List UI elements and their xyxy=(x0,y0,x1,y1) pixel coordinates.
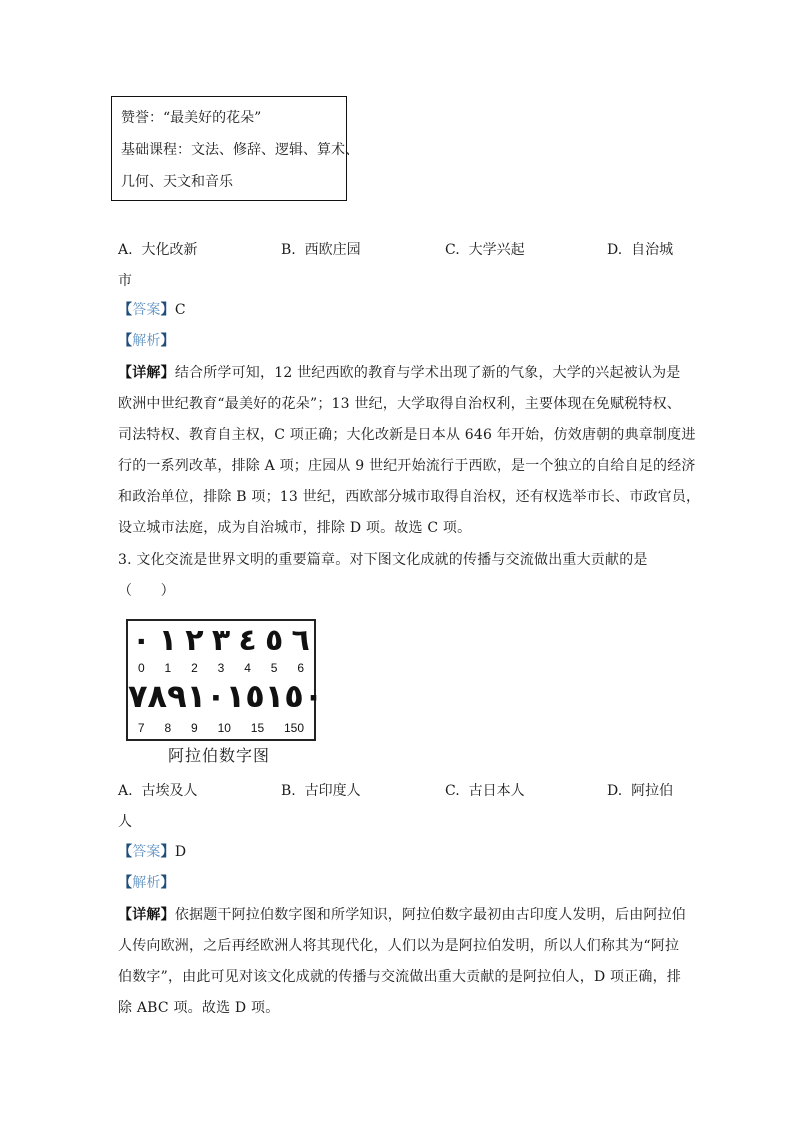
arabic-digit-glyph: ١٥ xyxy=(226,677,265,717)
q3-analysis-heading: 【解析】 xyxy=(118,873,175,893)
q2-option-d[interactable]: D. 自治城 xyxy=(607,239,673,259)
western-digit: 7 xyxy=(138,721,145,735)
bracket-open: 【 xyxy=(118,333,132,349)
arabic-digit-glyph: ٤ xyxy=(238,623,256,659)
q3-answer: 【答案】D xyxy=(118,842,186,862)
q3-blank: （ ） xyxy=(118,581,175,601)
arabic-digit-glyph: ٨ xyxy=(148,677,168,717)
bracket-close: 】 xyxy=(161,875,175,891)
detail-tag: 【详解】 xyxy=(118,907,175,923)
glyph-row-1: ٠ ١ ٢ ٣ ٤ ٥ ٦ xyxy=(128,623,314,659)
detail-line: 设立城市法庭，成为自治城市，排除 D 项。故选 C 项。 xyxy=(118,518,471,538)
arabic-digit-glyph: ٢ xyxy=(185,623,203,659)
detail-line: 行的一系列改革，排除 A 项；庄园从 9 世纪开始流行于西欧，是一个独立的自给自… xyxy=(118,456,696,476)
detail-line: 【详解】依据题干阿拉伯数字图和所学知识，阿拉伯数字最初由古印度人发明，后由阿拉伯 xyxy=(118,905,686,925)
detail-line: 司法特权、教育自主权，C 项正确；大化改新是日本从 646 年开始，仿效唐朝的典… xyxy=(118,425,696,445)
arabic-digit-glyph: ٠ xyxy=(132,623,150,659)
option-text: 西欧庄园 xyxy=(305,242,361,258)
q3-stem: 3. 文化交流是世界文明的重要篇章。对下图文化成就的传播与交流做出重大贡献的是 xyxy=(118,550,648,570)
option-text: 阿拉伯 xyxy=(631,783,673,799)
q3-option-d[interactable]: D. 阿拉伯 xyxy=(607,780,673,800)
western-digit: 4 xyxy=(244,661,251,675)
option-label: A. xyxy=(118,242,133,258)
western-digit: 0 xyxy=(138,661,145,675)
q3-option-b[interactable]: B. 古印度人 xyxy=(281,780,361,800)
detail-text: 依据题干阿拉伯数字图和所学知识，阿拉伯数字最初由古印度人发明，后由阿拉伯 xyxy=(175,907,686,923)
q2-answer: 【答案】C xyxy=(118,300,186,320)
arabic-digit-glyph: ١٠ xyxy=(187,677,226,717)
number-row-2: 7 8 9 10 15 150 xyxy=(128,721,314,735)
bracket-close: 】 xyxy=(161,333,175,349)
detail-tag: 【详解】 xyxy=(118,365,175,381)
western-digit: 10 xyxy=(218,721,231,735)
western-digit: 1 xyxy=(165,661,172,675)
q2-option-d-wrap: 市 xyxy=(118,270,132,290)
answer-label: 答案 xyxy=(132,302,160,318)
detail-line: 伯数字”，由此可见对该文化成就的传播与交流做出重大贡献的是阿拉伯人，D 项正确，… xyxy=(118,967,681,987)
option-text: 古印度人 xyxy=(305,783,361,799)
q2-option-a[interactable]: A. 大化改新 xyxy=(118,239,197,259)
analysis-label: 解析 xyxy=(132,875,160,891)
western-digit: 15 xyxy=(251,721,264,735)
option-text: 古埃及人 xyxy=(141,783,197,799)
option-label: B. xyxy=(281,242,296,258)
option-label: A. xyxy=(118,783,133,799)
glyph-row-2: ٧ ٨ ٩ ١٠ ١٥ ١٥٠ xyxy=(128,677,314,717)
q2-analysis-heading: 【解析】 xyxy=(118,331,175,351)
arabic-digit-glyph: ٦ xyxy=(292,623,310,659)
quote-line-courses-cont: 几何、天文和音乐 xyxy=(121,171,233,191)
western-digit: 6 xyxy=(297,661,304,675)
q3-option-c[interactable]: C. 古日本人 xyxy=(445,780,525,800)
arabic-numerals-figure: ٠ ١ ٢ ٣ ٤ ٥ ٦ 0 1 2 3 4 5 6 ٧ ٨ ٩ ١٠ ١٥ … xyxy=(126,619,316,741)
answer-label: 答案 xyxy=(132,844,160,860)
option-text: 大学兴起 xyxy=(469,242,525,258)
bracket-open: 【 xyxy=(118,875,132,891)
quote-line-praise: 赞誉：“最美好的花朵” xyxy=(121,107,261,127)
arabic-digit-glyph: ٧ xyxy=(128,677,148,717)
number-row-1: 0 1 2 3 4 5 6 xyxy=(128,661,314,675)
arabic-digit-glyph: ٩ xyxy=(167,677,187,717)
detail-line: 欧洲中世纪教育“最美好的花朵”；13 世纪，大学取得自治权利，主要体现在免赋税特… xyxy=(118,394,681,414)
q3-option-d-wrap: 人 xyxy=(118,811,132,831)
detail-text: 结合所学可知，12 世纪西欧的教育与学术出现了新的气象，大学的兴起被认为是 xyxy=(175,365,681,381)
bracket-open: 【 xyxy=(118,844,132,860)
q3-option-a[interactable]: A. 古埃及人 xyxy=(118,780,197,800)
option-text: 古日本人 xyxy=(469,783,525,799)
option-label: B. xyxy=(281,783,296,799)
western-digit: 3 xyxy=(218,661,225,675)
answer-value: D xyxy=(175,844,186,860)
quote-box: 赞誉：“最美好的花朵” 基础课程：文法、修辞、逻辑、算术、 几何、天文和音乐 xyxy=(111,96,347,201)
option-label: D. xyxy=(607,783,622,799)
bracket-open: 【 xyxy=(118,302,132,318)
option-text: 自治城 xyxy=(631,242,673,258)
option-label: D. xyxy=(607,242,622,258)
western-digit: 9 xyxy=(191,721,198,735)
western-digit: 150 xyxy=(284,721,304,735)
arabic-digit-glyph: ٣ xyxy=(212,623,230,659)
answer-value: C xyxy=(175,302,186,318)
bracket-close: 】 xyxy=(161,844,175,860)
western-digit: 8 xyxy=(164,721,171,735)
arabic-digit-glyph: ١٥٠ xyxy=(265,677,324,717)
quote-line-courses: 基础课程：文法、修辞、逻辑、算术、 xyxy=(121,139,359,159)
analysis-label: 解析 xyxy=(132,333,160,349)
option-label: C. xyxy=(445,242,460,258)
detail-line: 和政治单位，排除 B 项；13 世纪，西欧部分城市取得自治权，还有权选举市长、市… xyxy=(118,487,700,507)
q2-option-c[interactable]: C. 大学兴起 xyxy=(445,239,525,259)
western-digit: 2 xyxy=(191,661,198,675)
detail-line: 除 ABC 项。故选 D 项。 xyxy=(118,998,279,1018)
option-text: 大化改新 xyxy=(141,242,197,258)
arabic-digit-glyph: ٥ xyxy=(265,623,283,659)
western-digit: 5 xyxy=(271,661,278,675)
detail-line: 【详解】结合所学可知，12 世纪西欧的教育与学术出现了新的气象，大学的兴起被认为… xyxy=(118,363,680,383)
option-label: C. xyxy=(445,783,460,799)
bracket-close: 】 xyxy=(161,302,175,318)
detail-line: 人传向欧洲，之后再经欧洲人将其现代化，人们以为是阿拉伯发明，所以人们称其为“阿拉 xyxy=(118,936,679,956)
q2-option-b[interactable]: B. 西欧庄园 xyxy=(281,239,361,259)
figure-caption: 阿拉伯数字图 xyxy=(168,743,270,766)
arabic-digit-glyph: ١ xyxy=(159,623,177,659)
